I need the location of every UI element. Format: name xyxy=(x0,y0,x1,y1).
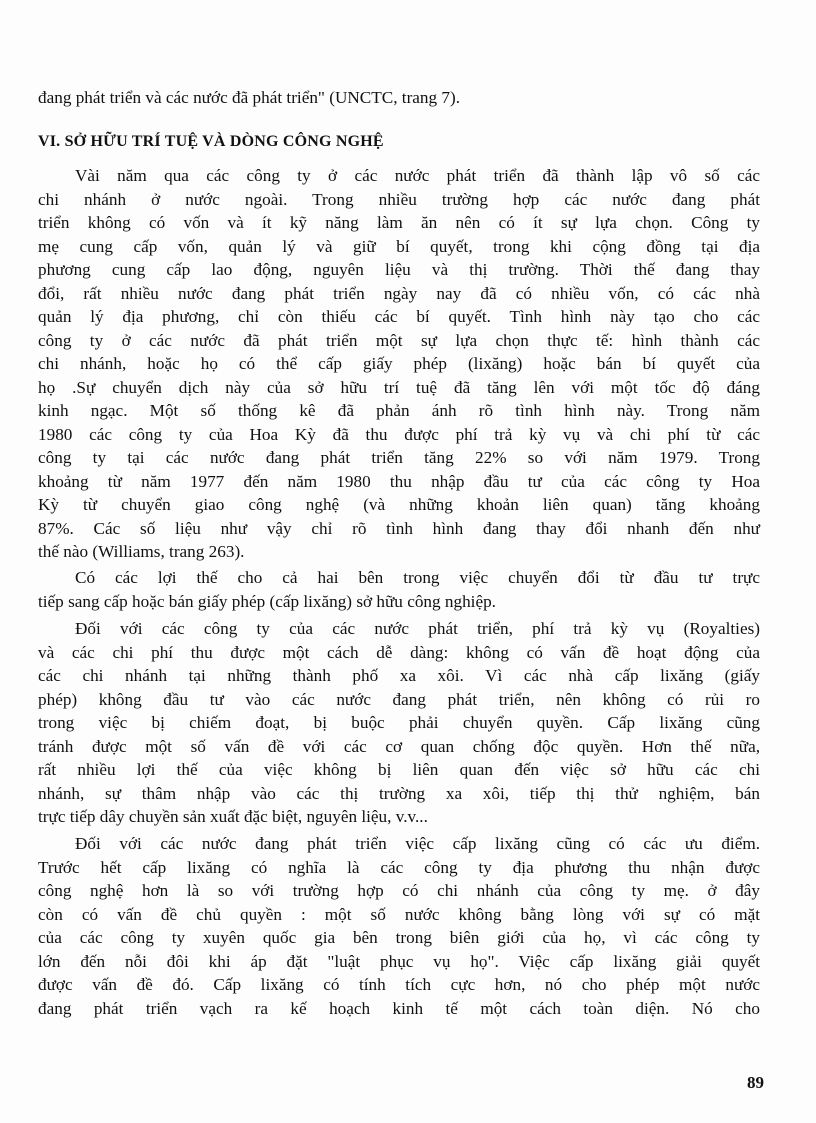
text-line: được vấn đề đó. Cấp lixăng có tính tích … xyxy=(38,974,760,996)
text-line: Có các lợi thế cho cả hai bên trong việc… xyxy=(75,567,760,589)
text-line: các chi nhánh tại những thành phố xa xôi… xyxy=(38,665,760,687)
text-line: còn có vấn đề chủ quyền : một số nước kh… xyxy=(38,904,760,926)
text-line: và các chi phí thu được một cách dễ dàng… xyxy=(38,642,760,664)
text-line: công nghệ hơn là so với trường hợp có ch… xyxy=(38,880,760,902)
text-line: Đối với các nước đang phát triển việc cấ… xyxy=(75,833,760,855)
text-line: của các công ty xuyên quốc gia bên trong… xyxy=(38,927,760,949)
text-line: 87%. Các số liệu như vậy chỉ rõ tình hìn… xyxy=(38,518,760,540)
text-line: trực tiếp dây chuyền sản xuất đặc biệt, … xyxy=(38,806,760,828)
text-line: phương cung cấp lao động, nguyên liệu và… xyxy=(38,259,760,281)
text-line: trong việc bị chiếm đoạt, bị buộc phải c… xyxy=(38,712,760,734)
text-line: kinh ngạc. Một số thống kê đã phản ánh r… xyxy=(38,400,760,422)
text-line: lớn đến nỗi đôi khi áp đặt "luật phục vụ… xyxy=(38,951,760,973)
text-line: nhánh, sự thâm nhập vào các thị trường x… xyxy=(38,783,760,805)
text-line: tránh được một số vấn đề với các cơ quan… xyxy=(38,736,760,758)
text-line: phép) không đầu tư vào các nước đang phá… xyxy=(38,689,760,711)
text-line: tiếp sang cấp hoặc bán giấy phép (cấp li… xyxy=(38,591,760,613)
text-line: Đối với các công ty của các nước phát tr… xyxy=(75,618,760,640)
text-line: rất nhiều lợi thế của việc không bị liên… xyxy=(38,759,760,781)
lead-in-line: đang phát triển và các nước đã phát triể… xyxy=(38,87,760,109)
text-line: khoảng từ năm 1977 đến năm 1980 thu nhập… xyxy=(38,471,760,493)
text-line: đang phát triển vạch ra kế hoạch kinh tế… xyxy=(38,998,760,1020)
section-heading: VI. SỞ HỮU TRÍ TUỆ VÀ DÒNG CÔNG NGHỆ xyxy=(38,133,384,151)
page-number: 89 xyxy=(747,1073,764,1093)
text-line: họ .Sự chuyển dịch này của sở hữu trí tu… xyxy=(38,377,760,399)
text-line: Vài năm qua các công ty ở các nước phát … xyxy=(75,165,760,187)
text-line: Kỳ từ chuyển giao công nghệ (và những kh… xyxy=(38,494,760,516)
text-line: quản lý địa phương, chỉ còn thiếu các bí… xyxy=(38,306,760,328)
text-line: 1980 các công ty của Hoa Kỳ đã thu được … xyxy=(38,424,760,446)
text-line: công ty tại các nước đang phát triển tăn… xyxy=(38,447,760,469)
text-line: chi nhánh ở nước ngoài. Trong nhiều trườ… xyxy=(38,189,760,211)
text-line: Trước hết cấp lixăng có nghĩa là các côn… xyxy=(38,857,760,879)
text-line: thế nào (Williams, trang 263). xyxy=(38,541,760,563)
text-line: công ty ở các nước đã phát triển một sự … xyxy=(38,330,760,352)
text-line: đổi, rất nhiều nước đang phát triển ngày… xyxy=(38,283,760,305)
document-page: đang phát triển và các nước đã phát triể… xyxy=(0,0,816,1123)
text-line: triển không có vốn và ít kỹ năng làm ăn … xyxy=(38,212,760,234)
text-line: chi nhánh, hoặc họ có thể cấp giấy phép … xyxy=(38,353,760,375)
text-line: mẹ cung cấp vốn, quản lý và giữ bí quyết… xyxy=(38,236,760,258)
